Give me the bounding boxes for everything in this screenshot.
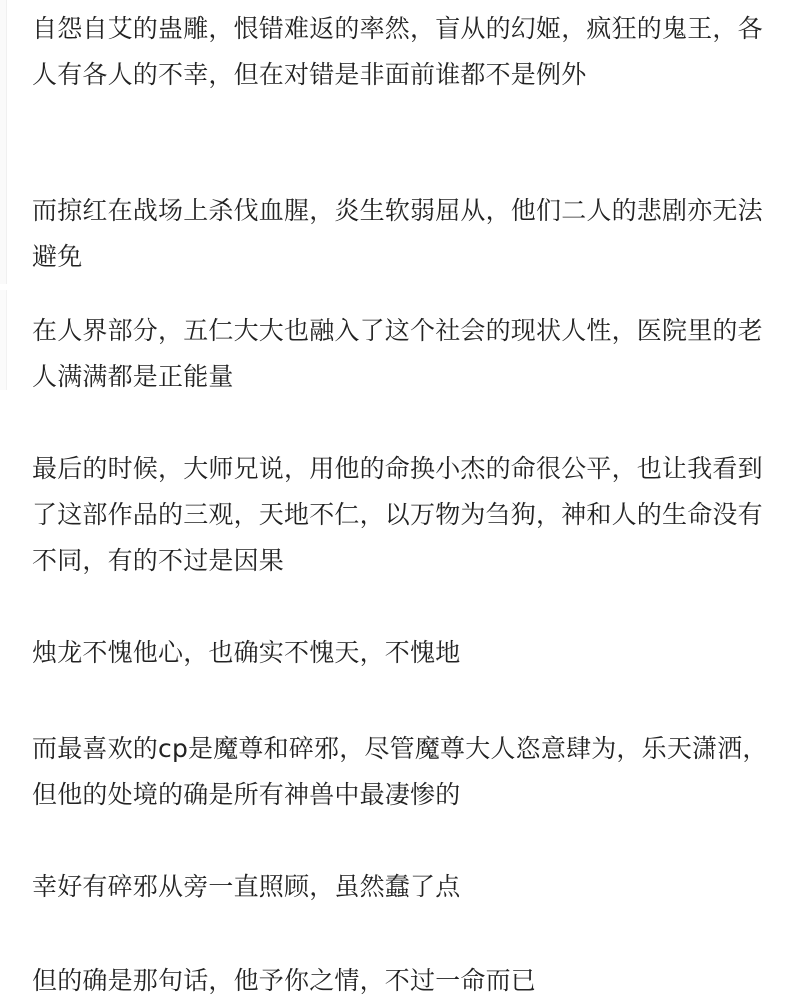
paragraph-favorite-cp: 而最喜欢的cp是魔尊和碎邪，尽管魔尊大人恣意肆为，乐天潇洒，但他的处境的确是所有… xyxy=(32,726,772,818)
paragraph-closing: 但的确是那句话，他予你之情，不过一命而已 xyxy=(32,958,772,1000)
paragraph-lue-hong: 而掠红在战场上杀伐血腥，炎生软弱屈从，他们二人的悲剧亦无法避免 xyxy=(32,188,772,280)
image-seam-edge xyxy=(0,0,7,284)
paragraph-senior-brother: 最后的时候，大师兄说，用他的命换小杰的命很公平，也让我看到了这部作品的三观，天地… xyxy=(32,446,772,584)
image-seam-edge xyxy=(0,290,7,390)
paragraph-sui-xie: 幸好有碎邪从旁一直照顾，虽然蠢了点 xyxy=(32,864,772,910)
paragraph-zhu-long: 烛龙不愧他心，也确实不愧天，不愧地 xyxy=(32,630,772,676)
paragraph-human-world: 在人界部分，五仁大大也融入了这个社会的现状人性，医院里的老人满满都是正能量 xyxy=(32,308,772,400)
paragraph-monsters: 自怨自艾的蛊雕，恨错难返的率然，盲从的幻姬，疯狂的鬼王，各人有各人的不幸，但在对… xyxy=(32,6,772,98)
